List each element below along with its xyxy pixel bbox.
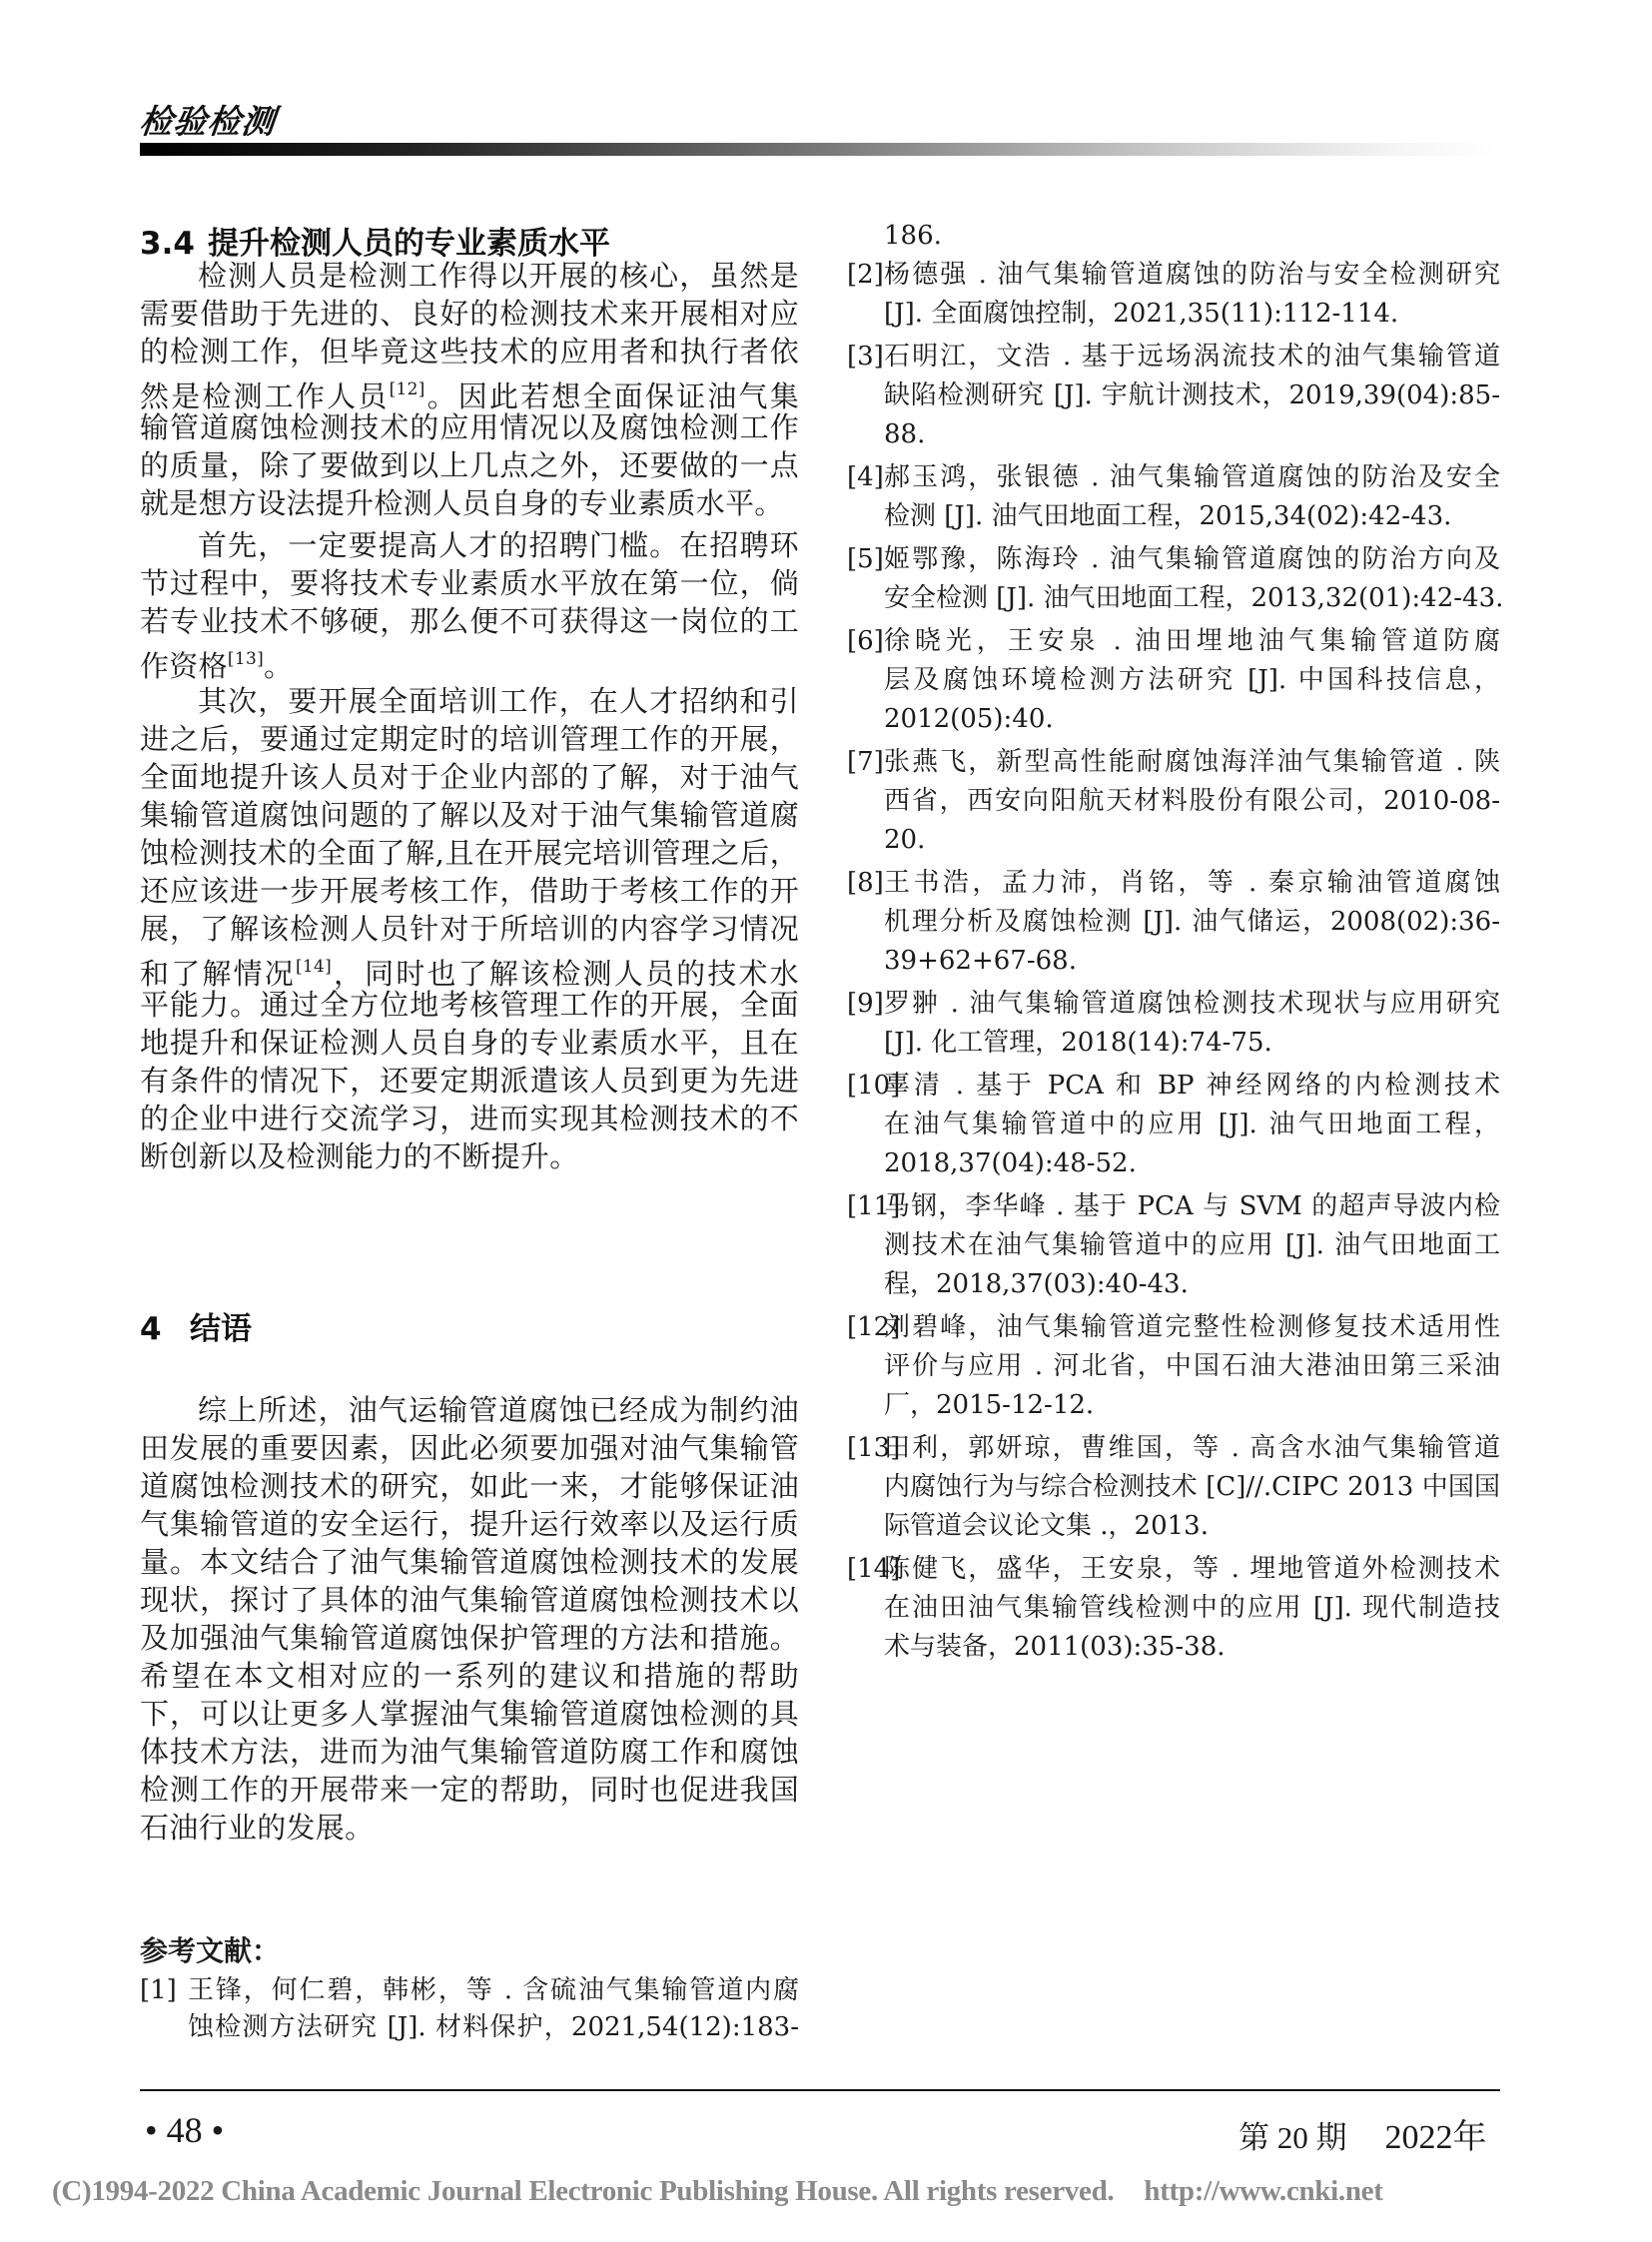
text-segment: 作资格 (140, 649, 228, 683)
reference-line: 20. (884, 822, 1500, 859)
body-line: 下，可以让更多人掌握油气集输管道腐蚀检测的具 (140, 1695, 799, 1733)
reference-line: 39+62+67-68. (884, 943, 1500, 980)
reference-line: 层及腐蚀环境检测方法研究 [J]. 中国科技信息， (884, 662, 1500, 699)
cnki-url[interactable]: http://www.cnki.net (1144, 2175, 1382, 2207)
reference-line: 检测 [J]. 油气田地面工程，2015,34(02):42-43. (884, 498, 1500, 535)
reference-line: 2012(05):40. (884, 701, 1500, 738)
reference-number: [7] (847, 744, 884, 781)
section-heading-4: 4结语 (140, 1303, 252, 1348)
reference-line: 际管道会议论文集 .，2013. (884, 1508, 1500, 1545)
body-line: 检测工作的开展带来一定的帮助，同时也促进我国 (140, 1771, 799, 1809)
body-line: 石油行业的发展。 (140, 1809, 799, 1847)
citation-link[interactable]: [13] (228, 649, 264, 669)
body-line: 就是想方设法提升检测人员自身的专业素质水平。 (140, 484, 799, 522)
body-line: 集输管道腐蚀问题的了解以及对于油气集输管道腐 (140, 796, 799, 834)
body-line: 节过程中，要将技术专业素质水平放在第一位，倘 (140, 564, 799, 602)
reference-line: 罗翀 . 油气集输管道腐蚀检测技术现状与应用研究 (884, 986, 1500, 1023)
reference-line: 刘碧峰，油气集输管道完整性检测修复技术适用性 (884, 1309, 1500, 1346)
reference-line: 张燕飞，新型高性能耐腐蚀海洋油气集输管道 . 陕 (884, 744, 1500, 781)
reference-line: 程，2018,37(03):40-43. (884, 1266, 1500, 1303)
body-line: 检测人员是检测工作得以开展的核心，虽然是 (140, 257, 799, 295)
body-line: 道腐蚀检测技术的研究，如此一来，才能够保证油 (140, 1467, 799, 1505)
body-line-with-citation: 然是检测工作人员[12]。因此若想全面保证油气集 (140, 371, 799, 408)
copyright-notice: (C)1994-2022 China Academic Journal Elec… (52, 2175, 1383, 2208)
body-line: 地提升和保证检测人员自身的专业素质水平，且在 (140, 1024, 799, 1062)
reference-line: [J]. 化工管理，2018(14):74-75. (884, 1025, 1500, 1062)
reference-line: 测技术在油气集输管道中的应用 [J]. 油气田地面工 (884, 1227, 1500, 1264)
header-gradient-bar (140, 143, 1498, 156)
page-number: • 48 • (145, 2109, 224, 2151)
reference-number: [4] (847, 459, 884, 496)
reference-line: 石明江，文浩 . 基于远场涡流技术的油气集输管道 (884, 339, 1500, 375)
body-line: 的企业中进行交流学习，进而实现其检测技术的不 (140, 1100, 799, 1137)
reference-line: 徐晓光，王安泉 . 油田埋地油气集输管道防腐 (884, 623, 1500, 660)
reference-number: [1] (140, 1972, 177, 2009)
reference-number: [3] (847, 339, 884, 375)
reference-line: 王书浩，孟力沛，肖铭，等 . 秦京输油管道腐蚀 (884, 865, 1500, 902)
body-line: 断创新以及检测能力的不断提升。 (140, 1137, 799, 1175)
body-line: 的检测工作，但毕竟这些技术的应用者和执行者依 (140, 333, 799, 371)
reference-line: 88. (884, 416, 1500, 453)
body-line: 若专业技术不够硬，那么便不可获得这一岗位的工 (140, 602, 799, 640)
reference-number: [8] (847, 865, 884, 902)
reference-number: [2] (847, 257, 884, 294)
reference-line: 内腐蚀行为与综合检测技术 [C]//.CIPC 2013 中国国 (884, 1469, 1500, 1506)
reference-line: 在油气集输管道中的应用 [J]. 油气田地面工程， (884, 1107, 1500, 1143)
footer-rule (140, 2089, 1500, 2091)
body-line: 的质量，除了要做到以上几点之外，还要做的一点 (140, 446, 799, 484)
body-line: 量。本文结合了油气集输管道腐蚀检测技术的发展 (140, 1543, 799, 1581)
body-line: 有条件的情况下，还要定期派遣该人员到更为先进 (140, 1062, 799, 1100)
reference-line: 安全检测 [J]. 油气田地面工程，2013,32(01):42-43. (884, 580, 1500, 617)
reference-line: 蚀检测方法研究 [J]. 材料保护，2021,54(12):183- (188, 2009, 799, 2046)
reference-line: 姬鄂豫，陈海玲 . 油气集输管道腐蚀的防治方向及 (884, 541, 1500, 578)
body-line: 体技术方法，进而为油气集输管道防腐工作和腐蚀 (140, 1733, 799, 1771)
reference-line: 术与装备，2011(03):35-38. (884, 1629, 1500, 1666)
issue-year: 2022年 (1385, 2119, 1487, 2156)
running-title: 检验检测 (138, 96, 279, 143)
body-line: 蚀检测技术的全面了解,且在开展完培训管理之后， (140, 834, 799, 872)
reference-number: [5] (847, 541, 884, 578)
body-line-with-citation: 作资格[13]。 (140, 640, 799, 678)
body-line: 还应该进一步开展考核工作，借助于考核工作的开 (140, 872, 799, 910)
body-line: 及加强油气集输管道腐蚀保护管理的方法和措施。 (140, 1619, 799, 1657)
body-line: 首先，一定要提高人才的招聘门槛。在招聘环 (140, 526, 799, 564)
reference-line: 186. (884, 218, 1500, 255)
reference-line: 厂，2015-12-12. (884, 1387, 1500, 1424)
body-line: 综上所述，油气运输管道腐蚀已经成为制约油 (140, 1391, 799, 1429)
body-line: 展，了解该检测人员针对于所培训的内容学习情况 (140, 910, 799, 948)
reference-line: 田利，郭妍琼，曹维国，等 . 高含水油气集输管道 (884, 1430, 1500, 1467)
reference-line: 郝玉鸿，张银德 . 油气集输管道腐蚀的防治及安全 (884, 459, 1500, 496)
reference-line: 缺陷检测研究 [J]. 宇航计测技术，2019,39(04):85- (884, 377, 1500, 414)
reference-line: 评价与应用 . 河北省，中国石油大港油田第三采油 (884, 1348, 1500, 1385)
body-line: 平能力。通过全方位地考核管理工作的开展，全面 (140, 986, 799, 1024)
issue-number: 第 20 期 (1239, 2120, 1347, 2155)
body-line: 其次，要开展全面培训工作，在人才招纳和引 (140, 682, 799, 720)
body-line: 进之后，要通过定期定时的培训管理工作的开展， (140, 720, 799, 758)
body-line-with-citation: 和了解情况[14]，同时也了解该检测人员的技术水 (140, 948, 799, 986)
reference-line: 辜清 . 基于 PCA 和 BP 神经网络的内检测技术 (884, 1068, 1500, 1105)
body-line: 气集输管道的安全运行，提升运行效率以及运行质 (140, 1505, 799, 1543)
issue-info: 第 20 期2022年 (1239, 2109, 1487, 2158)
body-line: 现状，探讨了具体的油气集输管道腐蚀检测技术以 (140, 1581, 799, 1619)
reference-line: 杨德强 . 油气集输管道腐蚀的防治与安全检测研究 (884, 257, 1500, 294)
reference-line: 马钢，李华峰 . 基于 PCA 与 SVM 的超声导波内检 (884, 1188, 1500, 1225)
reference-line: [J]. 全面腐蚀控制，2021,35(11):112-114. (884, 296, 1500, 333)
reference-line: 机理分析及腐蚀检测 [J]. 油气储运，2008(02):36- (884, 904, 1500, 941)
reference-line: 王锋，何仁碧，韩彬，等 . 含硫油气集输管道内腐 (188, 1972, 799, 2009)
reference-line: 西省，西安向阳航天材料股份有限公司，2010-08- (884, 783, 1500, 820)
references-heading: 参考文献： (140, 1929, 280, 1969)
section-number: 4 (140, 1311, 190, 1347)
citation-link[interactable]: [12] (390, 379, 425, 399)
citation-link[interactable]: [14] (296, 957, 332, 977)
body-line: 输管道腐蚀检测技术的应用情况以及腐蚀检测工作 (140, 408, 799, 446)
body-line: 需要借助于先进的、良好的检测技术来开展相对应 (140, 295, 799, 333)
section-title: 结语 (190, 1311, 252, 1347)
reference-line: 2018,37(04):48-52. (884, 1145, 1500, 1182)
reference-line: 陈健飞，盛华，王安泉，等 . 埋地管道外检测技术 (884, 1551, 1500, 1588)
copyright-text: (C)1994-2022 China Academic Journal Elec… (52, 2175, 1114, 2207)
reference-number: [9] (847, 986, 884, 1023)
body-line: 田发展的重要因素，因此必须要加强对油气集输管 (140, 1429, 799, 1467)
body-line: 全面地提升该人员对于企业内部的了解，对于油气 (140, 758, 799, 796)
body-line: 希望在本文相对应的一系列的建议和措施的帮助 (140, 1657, 799, 1695)
reference-number: [6] (847, 623, 884, 660)
text-segment: 。 (264, 649, 293, 683)
reference-line: 在油田油气集输管线检测中的应用 [J]. 现代制造技 (884, 1590, 1500, 1627)
